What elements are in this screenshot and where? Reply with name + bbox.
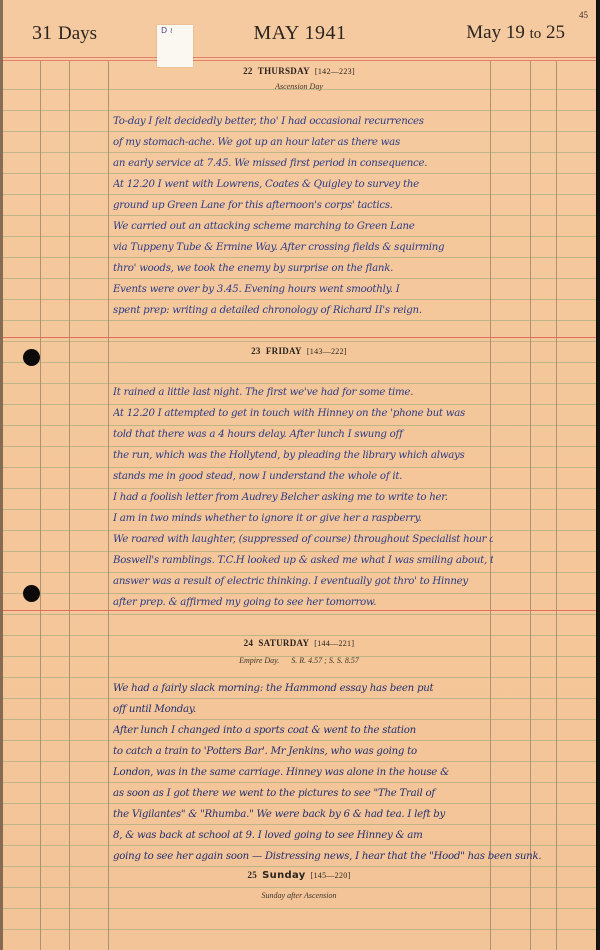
week-range-to: to (530, 26, 542, 42)
entry-line: spent prep: writing a detailed chronolog… (113, 300, 493, 321)
entry-thursday: To-day I felt decidedly better, tho' I h… (113, 111, 493, 321)
week-range-end: 25 (546, 22, 565, 43)
day-name: SATURDAY (258, 638, 309, 648)
day-count: [144—221] (314, 639, 354, 648)
entry-line: an early service at 7.45. We missed firs… (113, 153, 493, 174)
day-count: [142—223] (315, 67, 355, 76)
entry-line: We carried out an attacking scheme march… (113, 216, 493, 237)
diary-page: 31Days MAY 1941 May 19 to 25 45 D ≀ 22 T… (0, 0, 597, 950)
page-edge (0, 0, 3, 950)
day-name: FRIDAY (266, 346, 302, 356)
column-rule (530, 60, 531, 950)
entry-line: London, was in the same carriage. Hinney… (113, 762, 493, 783)
entry-line: We roared with laughter, (suppressed of … (113, 529, 493, 550)
entry-line: going to see her again soon — Distressin… (113, 846, 583, 867)
entry-line: the run, which was the Hollytend, by ple… (113, 445, 493, 466)
entry-line: I am in two minds whether to ignore it o… (113, 508, 493, 529)
holiday-label: Empire Day. (239, 656, 279, 665)
entry-line: told that there was a 4 hours delay. Aft… (113, 424, 493, 445)
entry-line: At 12.20 I went with Lowrens, Coates & Q… (113, 174, 493, 195)
entry-line: answer was a result of electric thinking… (113, 571, 493, 592)
header-rule (3, 60, 597, 61)
entry-line: We had a fairly slack morning: the Hammo… (113, 678, 493, 699)
day-subtitle: Empire Day. S. R. 4.57 ; S. S. 8.57 (108, 656, 490, 665)
page-edge (596, 0, 597, 950)
day-number: 23 (251, 346, 261, 356)
entry-line: I had a foolish letter from Audrey Belch… (113, 487, 493, 508)
entry-line: the Vigilantes" & "Rhumba." We were back… (113, 804, 493, 825)
week-range-start: 19 (506, 22, 525, 43)
day-name: THURSDAY (258, 66, 310, 76)
day-divider (3, 337, 597, 338)
day-heading-sunday: 25 Sunday[145—220] (108, 870, 490, 881)
entry-line: thro' woods, we took the enemy by surpri… (113, 258, 493, 279)
entry-line: 8, & was back at school at 9. I loved go… (113, 825, 493, 846)
punch-hole (23, 349, 40, 366)
week-range: May 19 to 25 (466, 22, 565, 44)
header-rule (3, 57, 597, 58)
column-rule (40, 60, 41, 950)
day-heading-saturday: 24 SATURDAY[144—221] (108, 638, 490, 648)
column-rule (108, 60, 109, 950)
day-heading-thursday: 22 THURSDAY[142—223] (108, 66, 490, 76)
entry-line: as soon as I got there we went to the pi… (113, 783, 493, 804)
day-heading-friday: 23 FRIDAY[143—222] (108, 346, 490, 356)
sunrise-sunset: S. R. 4.57 ; S. S. 8.57 (291, 656, 359, 665)
entry-line: Boswell's ramblings. T.C.H looked up & a… (113, 550, 493, 571)
day-name: Sunday (262, 870, 305, 881)
day-subtitle: Sunday after Ascension (108, 891, 490, 900)
entry-line: To-day I felt decidedly better, tho' I h… (113, 111, 493, 132)
page-number: 45 (579, 10, 588, 20)
entry-line: stands me in good stead, now I understan… (113, 466, 493, 487)
entry-friday: It rained a little last night. The first… (113, 382, 493, 613)
entry-line: off until Monday. (113, 699, 493, 720)
entry-line: via Tuppeny Tube & Ermine Way. After cro… (113, 237, 493, 258)
column-rule (556, 60, 557, 950)
paper-slip: D ≀ (157, 25, 193, 67)
punch-hole (23, 585, 40, 602)
day-divider (3, 610, 597, 611)
slip-mark: D ≀ (161, 26, 173, 35)
day-number: 24 (244, 638, 254, 648)
day-subtitle: Ascension Day (108, 82, 490, 91)
entry-line: ground up Green Lane for this afternoon'… (113, 195, 493, 216)
column-rule (69, 60, 70, 950)
entry-line: of my stomach-ache. We got up an hour la… (113, 132, 493, 153)
day-count: [143—222] (307, 347, 347, 356)
day-count: [145—220] (311, 871, 351, 880)
day-number: 22 (243, 66, 253, 76)
day-number: 25 (247, 870, 257, 880)
entry-saturday: We had a fairly slack morning: the Hammo… (113, 678, 493, 867)
entry-line: to catch a train to 'Potters Bar'. Mr Je… (113, 741, 493, 762)
entry-line: It rained a little last night. The first… (113, 382, 493, 403)
entry-line: After lunch I changed into a sports coat… (113, 720, 493, 741)
week-range-month: May (466, 22, 501, 43)
entry-line: Events were over by 3.45. Evening hours … (113, 279, 493, 300)
entry-line: At 12.20 I attempted to get in touch wit… (113, 403, 493, 424)
